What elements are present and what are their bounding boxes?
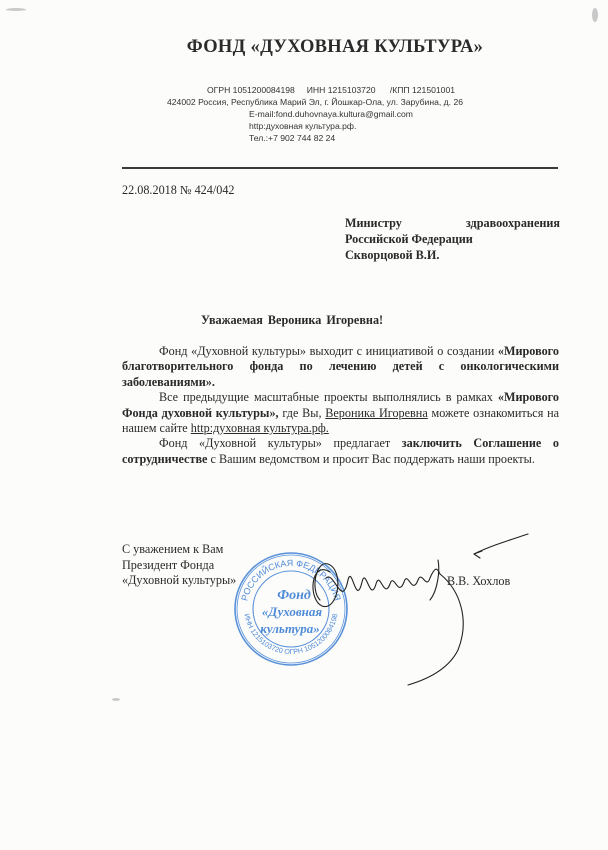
scan-artifact — [6, 8, 26, 11]
ogrn: ОГРН 1051200084198 — [207, 85, 295, 95]
closing-block: С уважением к Вам Президент Фонда «Духов… — [122, 542, 236, 589]
signer-position: Президент Фонда — [122, 558, 236, 574]
text: . — [212, 375, 215, 389]
addressee-block: Министру здравоохранения Российской Феде… — [345, 215, 560, 264]
signer-organization: «Духовной культуры» — [122, 573, 236, 589]
handwritten-signature-icon — [290, 530, 530, 700]
scan-artifact — [112, 698, 120, 701]
addressee-ministry: здравоохранения — [466, 215, 560, 231]
header-divider — [122, 167, 558, 169]
organization-title: ФОНД «ДУХОВНАЯ КУЛЬТУРА» — [0, 37, 608, 58]
postal-address: 424002 Россия, Республика Марий Эл, г. Й… — [167, 96, 463, 108]
text: Фонд «Духовной культуры» выходит с иници… — [159, 344, 498, 358]
website[interactable]: http:духовная культура.рф. — [249, 120, 356, 132]
closing-line: С уважением к Вам — [122, 542, 236, 558]
text: с Вашим ведомством и просит Вас поддержа… — [207, 452, 534, 466]
date-and-number: 22.08.2018 № 424/042 — [122, 183, 235, 198]
kpp: /КПП 121501001 — [390, 85, 455, 95]
text: Фонд «Духовной культуры» предлагает — [159, 436, 402, 450]
letter-body: Фонд «Духовной культуры» выходит с иници… — [122, 344, 559, 467]
paragraph-1: Фонд «Духовной культуры» выходит с иници… — [122, 344, 559, 390]
paragraph-3: Фонд «Духовной культуры» предлагает закл… — [122, 436, 559, 467]
greeting: Уважаемая Вероника Игоревна! — [201, 313, 383, 328]
inn: ИНН 1215103720 — [307, 85, 376, 95]
addressee-name: Скворцовой В.И. — [345, 247, 560, 263]
phone: Тел.:+7 902 744 82 24 — [249, 132, 335, 144]
addressee-country: Российской Федерации — [345, 231, 560, 247]
registration-details: ОГРН 1051200084198 ИНН 1215103720 /КПП 1… — [207, 84, 455, 96]
email[interactable]: E-mail:fond.duhovnaya.kultura@gmail.com — [249, 108, 413, 120]
text: где Вы, — [279, 406, 326, 420]
underlined-name: Вероника Игоревна — [325, 406, 427, 420]
website-link[interactable]: http:духовная культура.рф. — [191, 421, 329, 435]
scan-artifact — [592, 8, 598, 22]
addressee-title: Министру — [345, 215, 402, 231]
text: Все предыдущие масштабные проекты выполн… — [159, 390, 498, 404]
paragraph-2: Все предыдущие масштабные проекты выполн… — [122, 390, 559, 436]
